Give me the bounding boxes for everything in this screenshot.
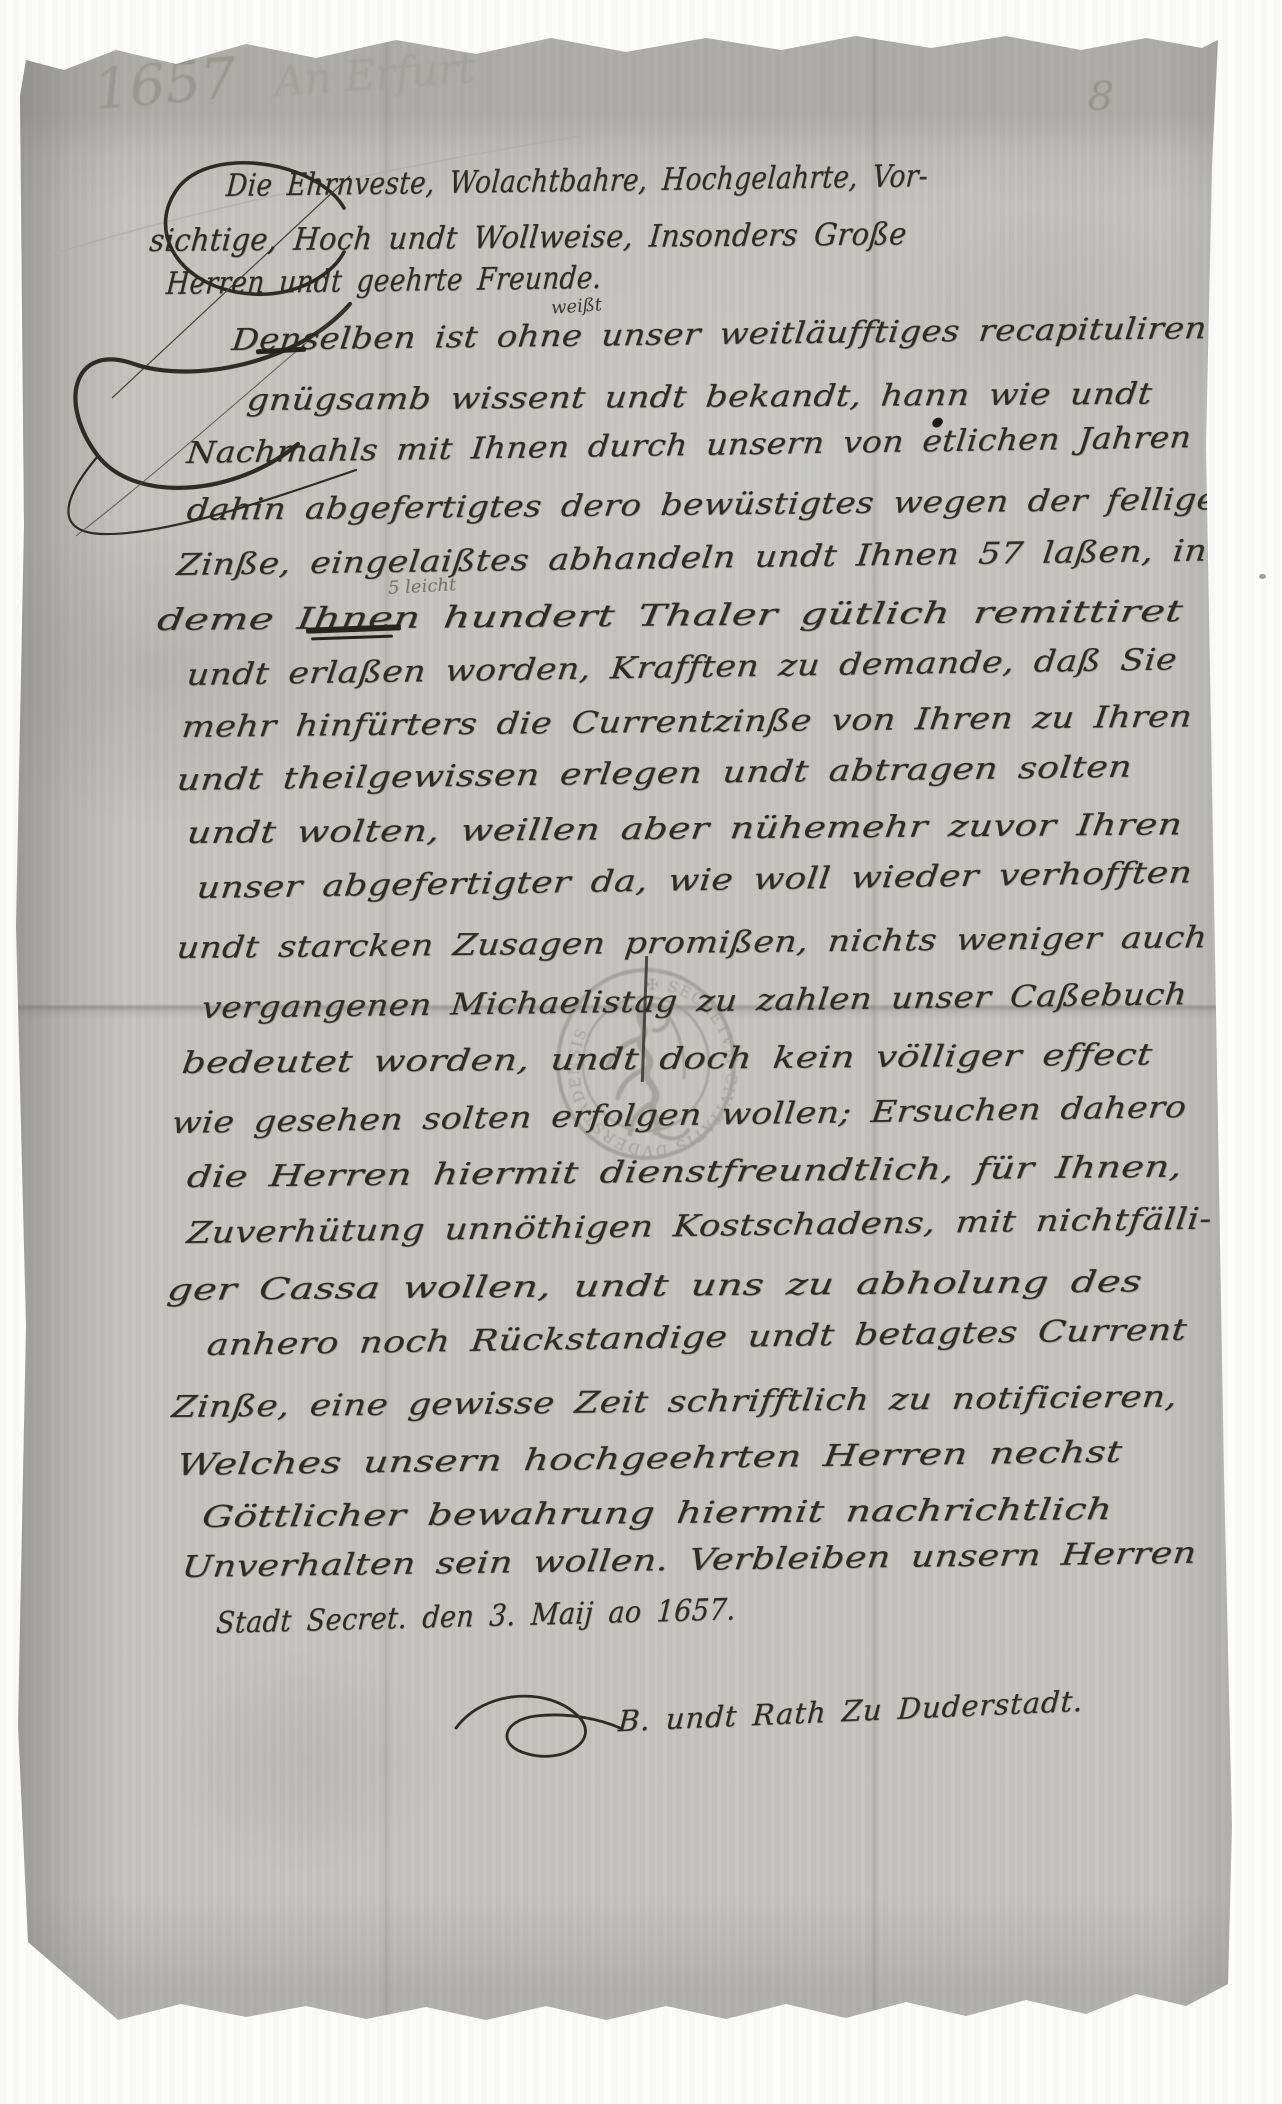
scanned-document: 1657 An Erfurt 8 ✠ SECRETVM CIVITATIS DV…	[0, 0, 1282, 2104]
manuscript-line: undt erlaßen worden, Krafften zu demande…	[185, 643, 1179, 693]
pencil-page-number: 8	[1087, 73, 1115, 120]
pencil-place-annotation: An Erfurt	[273, 43, 477, 106]
manuscript-line: undt starcken Zusagen promißen, nichts w…	[175, 921, 1209, 966]
manuscript-line: Unverhalten sein wollen. Verbleiben unse…	[180, 1537, 1198, 1585]
pencil-year-annotation: 1657	[91, 46, 239, 123]
manuscript-line: die Herren hiermit dienstfreundtlich, fü…	[185, 1151, 1184, 1195]
calligraphic-flourish	[6, 66, 626, 546]
manuscript-line: mehr hinfürters die Currentzinße von Ihr…	[180, 700, 1194, 745]
manuscript-line: Herren undt geehrte Freunde.	[165, 261, 603, 301]
manuscript-line: Zuverhütung unnöthigen Kostschadens, mit…	[185, 1203, 1214, 1251]
manuscript-line: Zinße, eine gewisse Zeit schrifftlich zu…	[170, 1380, 1179, 1425]
manuscript-line: ger Cassa wollen, undt uns zu abholung d…	[165, 1265, 1144, 1308]
manuscript-line: gnügsamb wissent undt bekandt, hann wie …	[245, 378, 1154, 418]
signature-line: B. undt Rath Zu Duderstadt.	[617, 1684, 1084, 1738]
manuscript-line: bedeutet worden, undt doch kein völliger…	[180, 1038, 1154, 1081]
signature-flourish	[444, 1676, 644, 1771]
manuscript-line: Stadt Secret. den 3. Maij ao 1657.	[215, 1593, 737, 1641]
manuscript-line: anhero noch Rückstandige undt betagtes C…	[205, 1314, 1189, 1363]
manuscript-line: Denselben ist ohne unser weitläufftiges …	[230, 312, 1208, 358]
manuscript-line: Göttlicher bewahrung hiermit nachrichtli…	[200, 1493, 1114, 1535]
manuscript-line: undt wolten, weillen aber nühemehr zuvor…	[185, 808, 1184, 851]
manuscript-page: 1657 An Erfurt 8 ✠ SECRETVM CIVITATIS DV…	[6, 26, 1244, 2044]
interlinear-insertion: weißt	[550, 294, 602, 319]
manuscript-line: dahin abgefertigtes dero bewüstigtes weg…	[185, 483, 1219, 528]
manuscript-line: unser abgefertigter da, wie woll wieder …	[195, 856, 1194, 906]
manuscript-line: sichtige, Hoch undt Wollweise, Insonders…	[148, 217, 908, 258]
manuscript-line: Nachmahls mit Ihnen durch unsern von etl…	[185, 421, 1193, 471]
manuscript-line: undt theilgewissen erlegen undt abtragen…	[175, 751, 1134, 798]
manuscript-line: Zinße, eingelaißtes abhandeln undt Ihnen…	[175, 535, 1209, 583]
manuscript-line: Die Ehrnveste, Wolachtbahre, Hochgelahrt…	[225, 159, 929, 203]
dust-speck	[1259, 574, 1266, 579]
manuscript-line: vergangenen Michaelistag zu zahlen unser…	[200, 978, 1189, 1026]
interlinear-insertion: 5 leicht	[387, 574, 456, 599]
manuscript-line: Welches unsern hochgeehrten Herren nechs…	[175, 1436, 1124, 1483]
